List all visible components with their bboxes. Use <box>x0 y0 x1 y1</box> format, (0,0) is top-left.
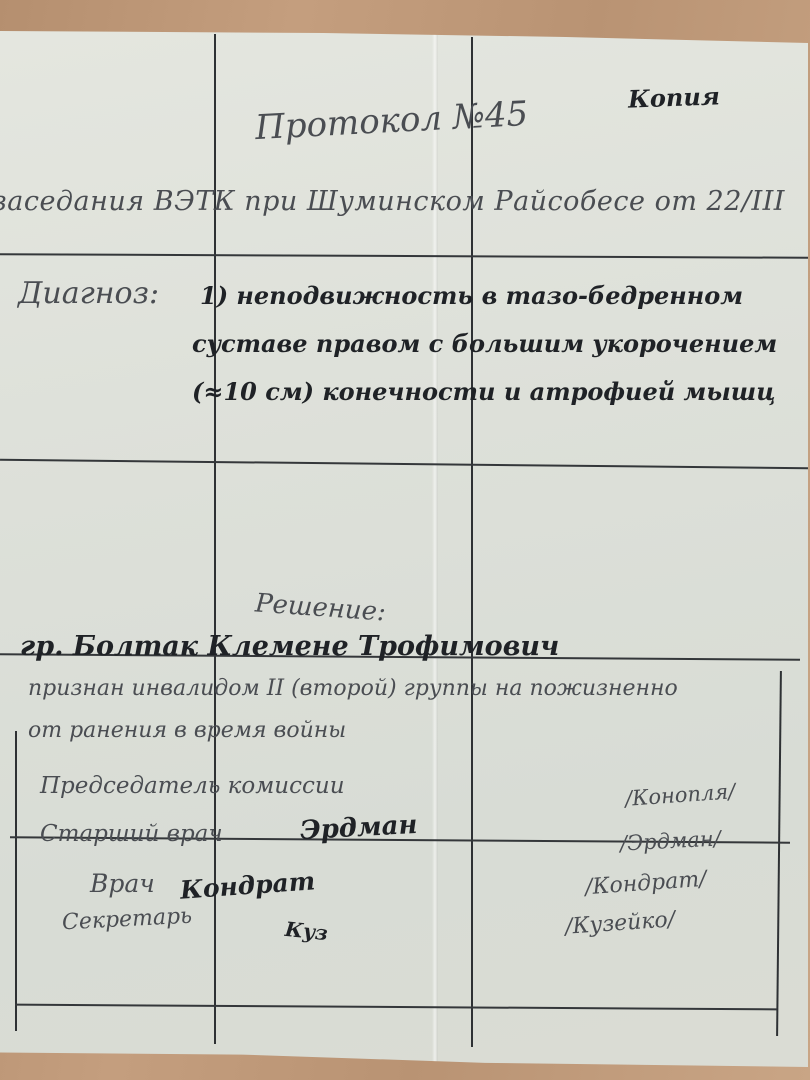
signature-role-doctor: Врач <box>90 869 155 898</box>
signature-role-senior-doctor: Старший врач <box>40 821 223 847</box>
signature-role-secretary: Секретарь <box>61 904 192 936</box>
decision-label: Решение: <box>254 588 387 627</box>
diagnosis-line: (≈10 см) конечности и атрофией мышц <box>192 377 775 406</box>
copy-mark: Копия <box>628 81 721 113</box>
document-sheet: Протокол №45 Копия заседания ВЭТК при Шу… <box>0 31 808 1067</box>
signature-name-senior-doctor: /Эрдман/ <box>619 826 721 855</box>
signature-doctor: Кондрат <box>179 866 316 904</box>
protocol-title: Протокол №45 <box>254 94 529 148</box>
signature-senior-doctor: Эрдман <box>299 810 418 846</box>
ruled-horizontal-line <box>15 1004 777 1011</box>
signature-name-chairman: /Конопля/ <box>624 779 736 811</box>
ruled-horizontal-line <box>0 459 808 469</box>
decision-subject: гр. Болтак Клемене Трофимович <box>20 631 559 662</box>
ruled-vertical-line <box>776 671 782 1036</box>
signature-name-doctor: /Кондрат/ <box>584 867 707 900</box>
decision-line: от ранения в время войны <box>28 718 346 743</box>
ruled-vertical-line <box>15 731 17 1031</box>
diagnosis-line: 1) неподвижность в тазо-бедренном <box>200 281 743 310</box>
session-line: заседания ВЭТК при Шуминском Рaйсобесе о… <box>0 186 785 217</box>
signature-secretary: Куз <box>284 917 329 945</box>
diagnosis-line: суставе правом с большим укорочением <box>192 329 777 358</box>
diagnosis-label: Диагноз: <box>18 276 159 311</box>
signature-name-secretary: /Кузейко/ <box>564 907 676 940</box>
decision-line: признан инвалидом II (второй) группы на … <box>28 676 678 701</box>
ruled-horizontal-line <box>0 253 808 259</box>
signature-role-chairman: Председатель комиссии <box>40 773 345 799</box>
